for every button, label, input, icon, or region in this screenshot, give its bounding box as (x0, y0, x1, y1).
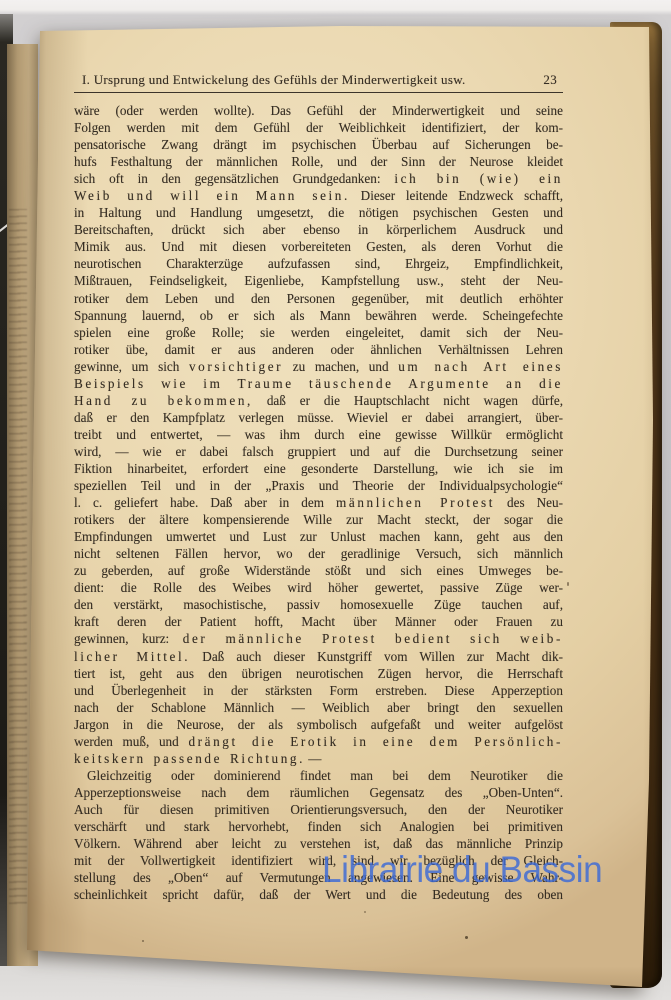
text-line: Auch für diesen primitiven Orientierungs… (74, 801, 563, 818)
text-segment: sich oft in den gegensätzlichen Grundged… (74, 171, 394, 186)
text-segment: Gleichzeitig oder dominierend findet man… (87, 768, 563, 783)
text-segment: zu geberden, auf große Widerstände stößt… (74, 563, 563, 578)
text-segment: in Haltung und Handlung umgesetzt, die n… (74, 205, 563, 220)
text-segment: rotikers der ältere kompensierende Wille… (74, 512, 563, 527)
text-segment: nicht seltenen Fällen hervor, wo der ger… (74, 546, 563, 561)
text-segment: Dieser leitende Endzweck schafft, (350, 188, 563, 203)
text-line: Weib und will ein Mann sein. Dieser leit… (74, 187, 563, 204)
text-segment: den verstärkt, masochistische, passiv ho… (74, 597, 563, 612)
text-segment: — (305, 751, 321, 766)
page-number: 23 (543, 72, 557, 88)
spaced-text-segment: drängt die Erotik in eine dem Persönlich… (188, 734, 563, 749)
text-segment: rotiker übe, damit er aus anderen oder ä… (74, 342, 563, 357)
text-segment: werden muß, und (74, 734, 188, 749)
text-line: nicht seltenen Fällen hervor, wo der ger… (74, 545, 563, 562)
text-segment: Folgen werden mit dem Gefühl der Weiblic… (74, 120, 563, 135)
text-segment: speziellen Teil und in der „Praxis und T… (74, 478, 563, 493)
ink-mark (567, 582, 569, 586)
text-line: keitskern passende Richtung. — (74, 750, 563, 767)
text-segment: hufs Festhaltung der männlichen Rolle, u… (74, 154, 563, 169)
text-line: Fiktion hinarbeitet, erfordert eine geso… (74, 460, 563, 477)
text-segment: nach der Schablone Männlich — Weiblich a… (74, 700, 563, 715)
text-line: kraft deren der Patient hofft, Macht übe… (74, 613, 563, 630)
foxing-speck (142, 940, 144, 942)
text-segment: des Neu- (495, 495, 563, 510)
text-line: rotiker übe, damit er aus anderen oder ä… (74, 341, 563, 358)
spaced-text-segment: Weib und will ein Mann sein. (74, 188, 350, 203)
text-line: rotiker dem Leben und den Personen gegen… (74, 290, 563, 307)
text-line: rotikers der ältere kompensierende Wille… (74, 511, 563, 528)
text-segment: wird, — wie er dabei falsch gruppiert un… (74, 444, 563, 459)
text-line: Hand zu bekommen, daß er die Hauptschlac… (74, 392, 563, 409)
text-line: treibt und entwertet, — was ihm durch ei… (74, 426, 563, 443)
text-line: werden muß, und drängt die Erotik in ein… (74, 733, 563, 750)
text-line: l. c. geliefert habe. Daß aber in dem mä… (74, 494, 563, 511)
text-segment: und Überlegenheit in der stärksten Form … (74, 683, 563, 698)
text-line: gewinnen, kurz: der männliche Protest be… (74, 630, 563, 647)
text-line: gewinne, um sich vorsichtiger zu machen,… (74, 358, 563, 375)
text-line: den verstärkt, masochistische, passiv ho… (74, 596, 563, 613)
text-line: Mißtrauen, Feindseligkeit, Eigenliebe, K… (74, 272, 563, 289)
text-segment: l. c. geliefert habe. Daß aber in dem (74, 495, 336, 510)
text-segment: Auch für diesen primitiven Orientierungs… (74, 802, 563, 817)
text-segment: pensatorische Zwang drängt im psychische… (74, 137, 563, 152)
spaced-text-segment: der männliche Protest bedient sich weib- (183, 631, 563, 646)
text-segment: kraft deren der Patient hofft, Macht übe… (74, 614, 563, 629)
text-segment: Mißtrauen, Feindseligkeit, Eigenliebe, K… (74, 273, 563, 288)
text-line: und Überlegenheit in der stärksten Form … (74, 682, 563, 699)
text-segment: Empfindungen umwertet und Lust zur Unlus… (74, 529, 563, 544)
foxing-speck (465, 936, 468, 939)
text-segment: zu machen, und (283, 359, 398, 374)
text-line: nach der Schablone Männlich — Weiblich a… (74, 699, 563, 716)
text-segment: daß er den Kampfplatz verlegen müsse. Wi… (74, 410, 563, 425)
text-line: verschärft und stark hervorhebt, finden … (74, 818, 563, 835)
spaced-text-segment: um nach Art eines (398, 359, 563, 374)
text-segment: Fiktion hinarbeitet, erfordert eine geso… (74, 461, 563, 476)
spaced-text-segment: vorsichtiger (189, 359, 283, 374)
text-line: dient: die Rolle des Weibes wird höher g… (74, 579, 563, 596)
text-line: Apperzeptionsweise nach dem räumlichen G… (74, 784, 563, 801)
text-line: wird, — wie er dabei falsch gruppiert un… (74, 443, 563, 460)
text-line: Beispiels wie im Traume täuschende Argum… (74, 375, 563, 392)
text-segment: neurotischen Charakterzüge aufzufassen s… (74, 256, 563, 271)
text-segment: wäre (oder werden wollte). Das Gefühl de… (74, 103, 563, 118)
body-text: wäre (oder werden wollte). Das Gefühl de… (74, 102, 563, 903)
text-segment: Mimik aus. Und mit diesen vorbereiteten … (74, 239, 563, 254)
text-line: hufs Festhaltung der männlichen Rolle, u… (74, 153, 563, 170)
text-line: tiert ist, geht aus den übrigen neurotis… (74, 665, 563, 682)
spaced-text-segment: männlichen Protest (336, 495, 495, 510)
text-segment: Daß auch dieser Kunstgriff vom Willen zu… (190, 649, 563, 664)
spaced-text-segment: ich bin (wie) ein (394, 171, 563, 186)
text-line: Folgen werden mit dem Gefühl der Weiblic… (74, 119, 563, 136)
spaced-text-segment: Beispiels wie im Traume täuschende Argum… (74, 376, 563, 391)
text-segment: gewinnen, kurz: (74, 631, 183, 646)
text-line: daß er den Kampfplatz verlegen müsse. Wi… (74, 409, 563, 426)
text-line: licher Mittel. Daß auch dieser Kunstgrif… (74, 648, 563, 665)
running-header-title: I. Ursprung und Entwickelung des Gefühls… (82, 72, 466, 88)
text-segment: rotiker dem Leben und den Personen gegen… (74, 291, 563, 306)
text-line: Empfindungen umwertet und Lust zur Unlus… (74, 528, 563, 545)
text-segment: verschärft und stark hervorhebt, finden … (74, 819, 563, 834)
spaced-text-segment: Hand zu bekommen, (74, 393, 253, 408)
text-segment: Bereitschaften, drückt sich aber ebenso … (74, 222, 563, 237)
text-segment: spielen eine große Rolle; sie werden ein… (74, 325, 563, 340)
running-header: I. Ursprung und Entwickelung des Gefühls… (74, 72, 563, 93)
text-line: Bereitschaften, drückt sich aber ebenso … (74, 221, 563, 238)
text-line: in Haltung und Handlung umgesetzt, die n… (74, 204, 563, 221)
text-segment: treibt und entwertet, — was ihm durch ei… (74, 427, 563, 442)
spaced-text-segment: licher Mittel. (74, 649, 190, 664)
text-line: Spannung lauernd, ob er sich als Mann be… (74, 307, 563, 324)
text-segment: dient: die Rolle des Weibes wird höher g… (74, 580, 563, 595)
text-line: wäre (oder werden wollte). Das Gefühl de… (74, 102, 563, 119)
text-line: Mimik aus. Und mit diesen vorbereiteten … (74, 238, 563, 255)
book-page-photo: I. Ursprung und Entwickelung des Gefühls… (0, 0, 671, 1000)
text-segment: Apperzeptionsweise nach dem räumlichen G… (74, 785, 563, 800)
text-line: pensatorische Zwang drängt im psychische… (74, 136, 563, 153)
text-line: speziellen Teil und in der „Praxis und T… (74, 477, 563, 494)
text-line: zu geberden, auf große Widerstände stößt… (74, 562, 563, 579)
text-line: Jargon in die Neurose, der als symbolisc… (74, 716, 563, 733)
text-line: Gleichzeitig oder dominierend findet man… (74, 767, 563, 784)
spaced-text-segment: keitskern passende Richtung. (74, 751, 305, 766)
text-segment: Jargon in die Neurose, der als symbolisc… (74, 717, 563, 732)
text-line: neurotischen Charakterzüge aufzufassen s… (74, 255, 563, 272)
text-segment: Spannung lauernd, ob er sich als Mann be… (74, 308, 563, 323)
text-line: spielen eine große Rolle; sie werden ein… (74, 324, 563, 341)
text-segment: daß er die Hauptschlacht nicht wagen dür… (253, 393, 563, 408)
foxing-speck (364, 911, 366, 913)
text-line: sich oft in den gegensätzlichen Grundged… (74, 170, 563, 187)
text-segment: gewinne, um sich (74, 359, 189, 374)
text-segment: tiert ist, geht aus den übrigen neurotis… (74, 666, 563, 681)
watermark-overlay: Librairie du Bassin (322, 849, 602, 891)
